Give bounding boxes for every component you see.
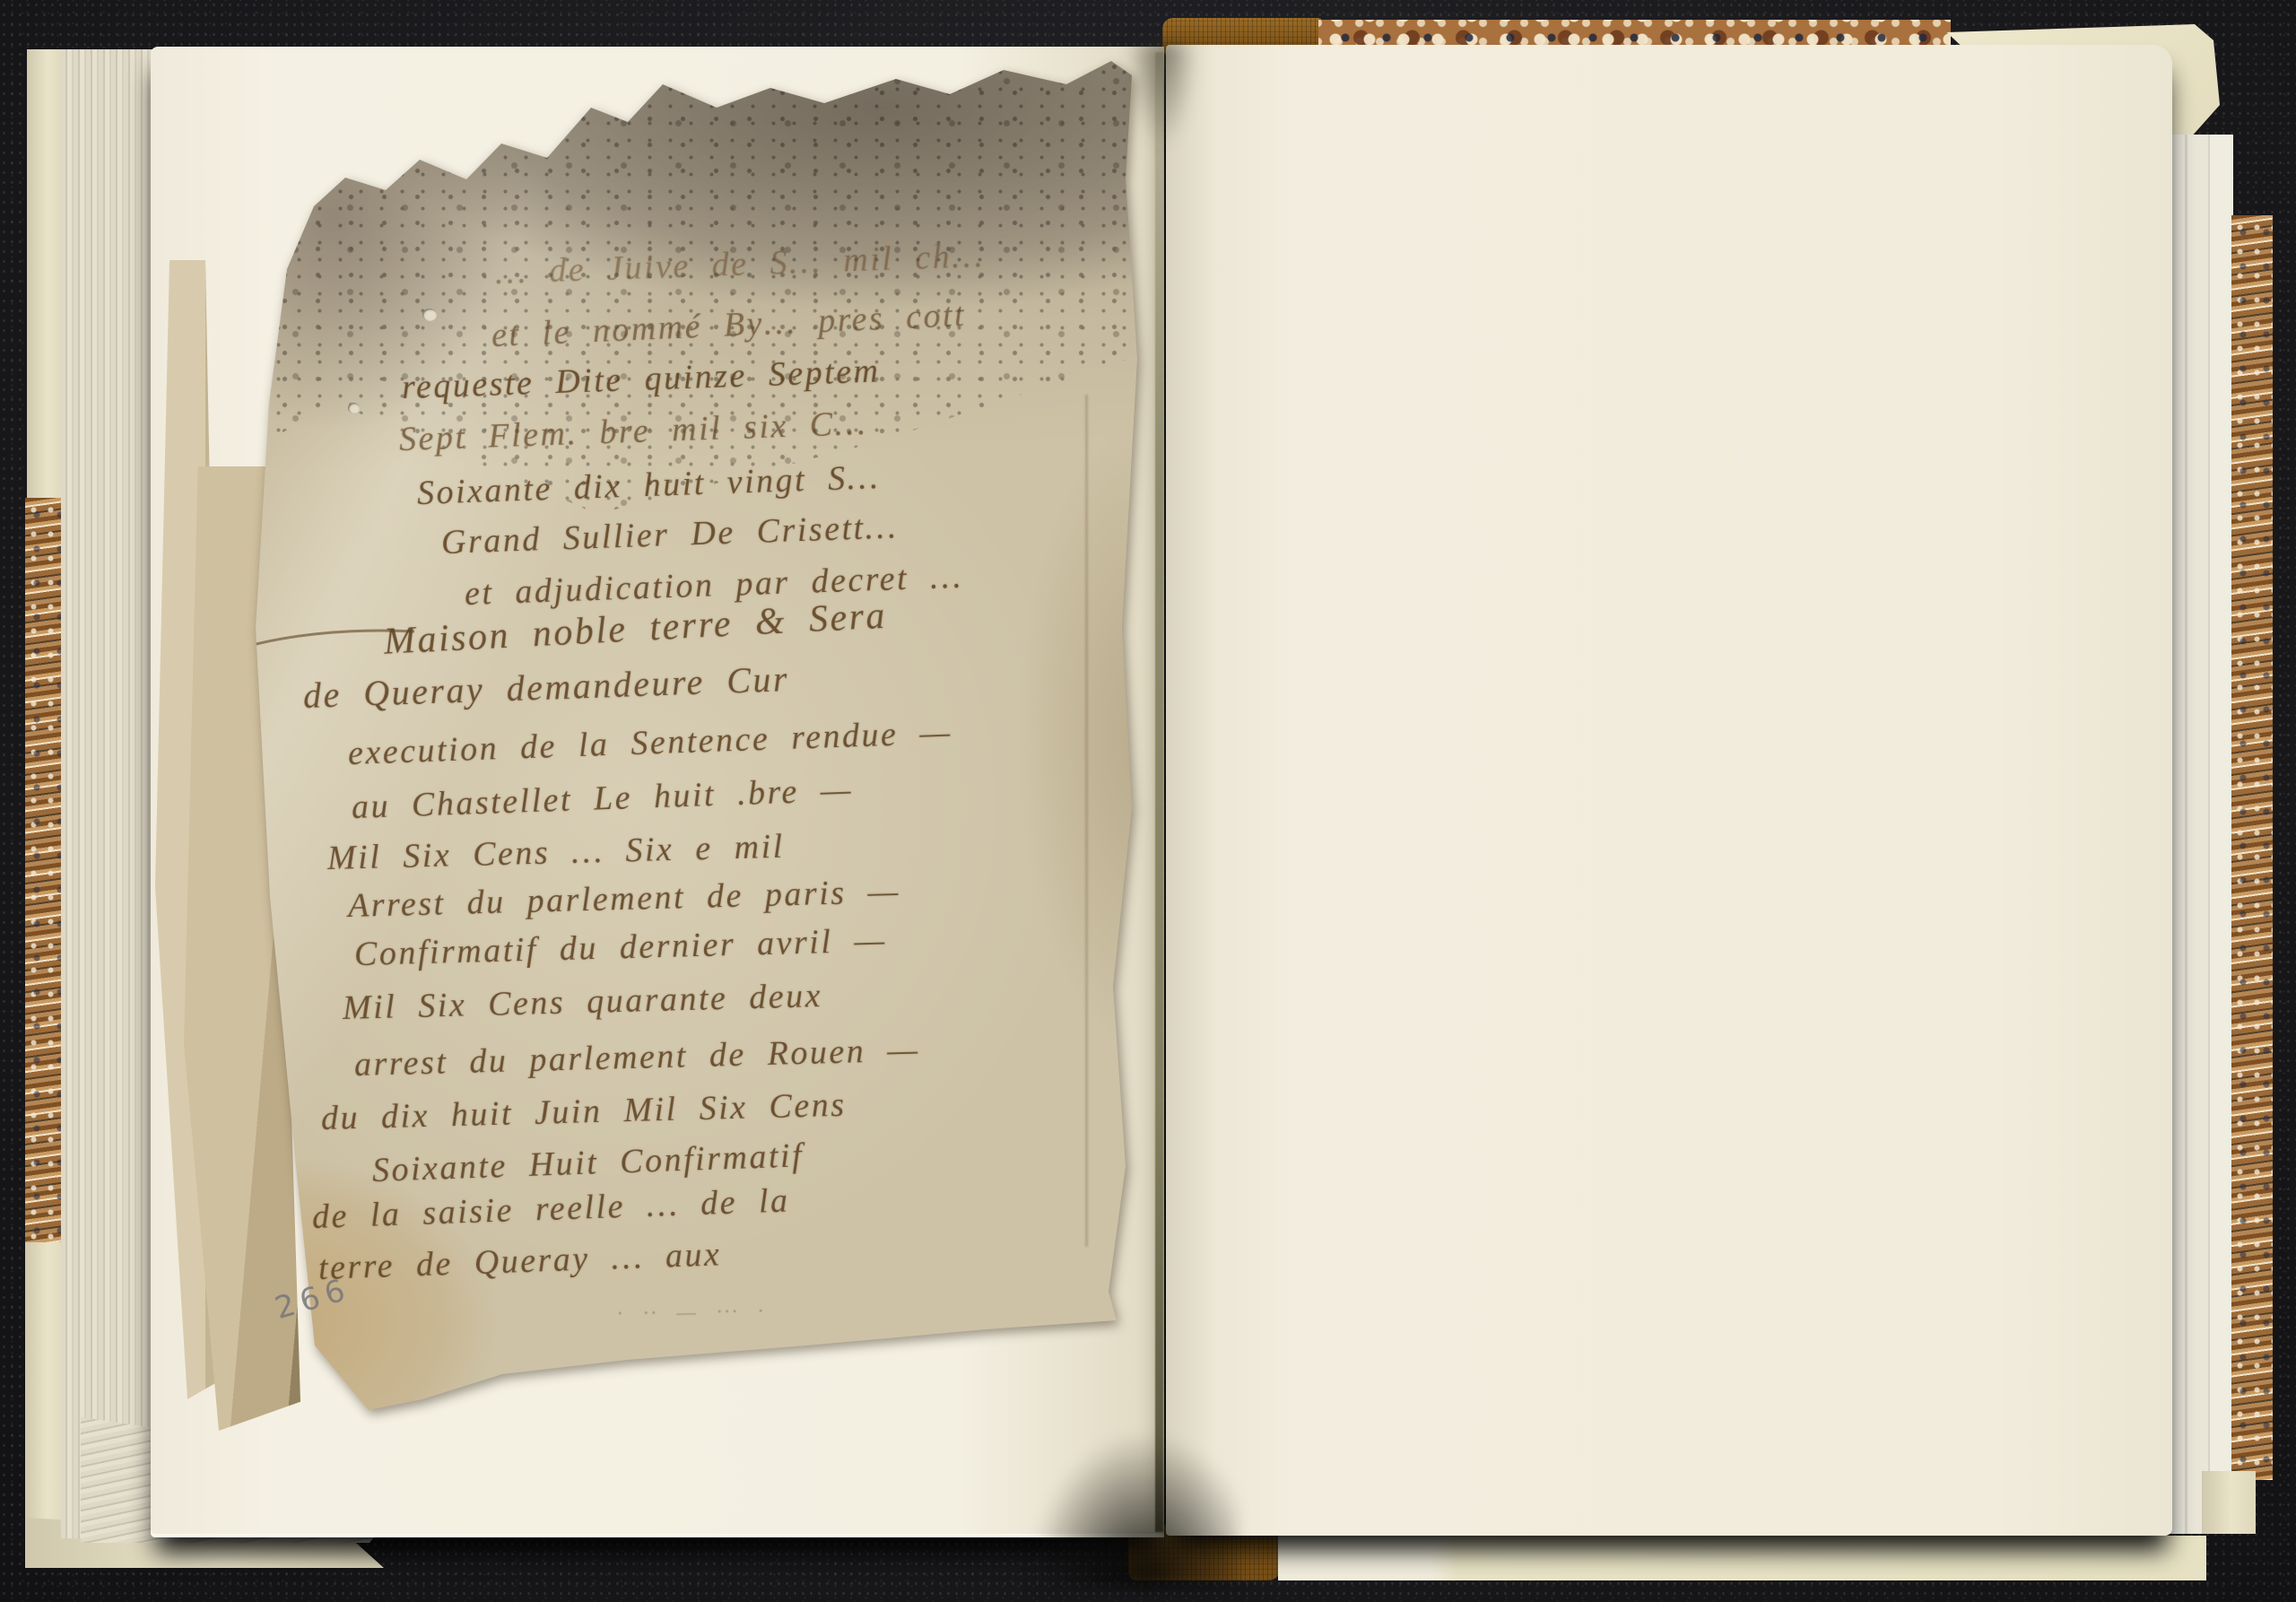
manuscript-line: Arrest du parlement de paris — xyxy=(347,872,900,926)
gutter-shadow-bottom xyxy=(1031,1435,1238,1588)
manuscript-line: arrest du parlement de Rouen — xyxy=(353,1030,920,1084)
photo-background: … de Juive de S… mil ch… et le nommé By…… xyxy=(0,0,2296,1602)
right-page-under-edges xyxy=(2169,135,2233,1534)
manuscript-line: terre de Queray … aux xyxy=(317,1234,722,1288)
manuscript-line: Mil Six Cens … Six e mil xyxy=(326,827,785,878)
bottom-board-strip xyxy=(1278,1536,2206,1580)
manuscript-line: Confirmatif du dernier avril — xyxy=(353,920,887,974)
left-board-edge-top xyxy=(27,49,65,516)
paper-hole xyxy=(348,403,360,414)
gutter-line xyxy=(1155,52,1163,1532)
manuscript-line: Mil Six Cens quarante deux xyxy=(342,976,822,1028)
manuscript-line: · ·· — ··· · xyxy=(617,1300,766,1327)
gutter-shadow-top xyxy=(1126,43,1197,151)
manuscript-line: Grand Sullier De Crisett… xyxy=(440,507,898,562)
paper-hole xyxy=(422,309,437,321)
right-marbled-endpaper-edge xyxy=(2231,215,2273,1480)
manuscript-line: de Queray demandeure Cur xyxy=(302,657,790,717)
manuscript-line: execution de la Sentence rendue — xyxy=(347,712,952,772)
vertical-fold-crease xyxy=(1085,395,1088,1247)
manuscript-document: … de Juive de S… mil ch… et le nommé By…… xyxy=(202,54,1144,1417)
manuscript-line: du dix huit Juin Mil Six Cens xyxy=(320,1085,847,1138)
manuscript-parchment: … de Juive de S… mil ch… et le nommé By…… xyxy=(202,54,1144,1417)
right-board-edge-bottom xyxy=(2202,1471,2256,1534)
right-blank-page xyxy=(1166,45,2172,1536)
manuscript-line: au Chastellet Le huit .bre — xyxy=(351,770,853,826)
page-block-fore-edge xyxy=(61,49,158,1538)
